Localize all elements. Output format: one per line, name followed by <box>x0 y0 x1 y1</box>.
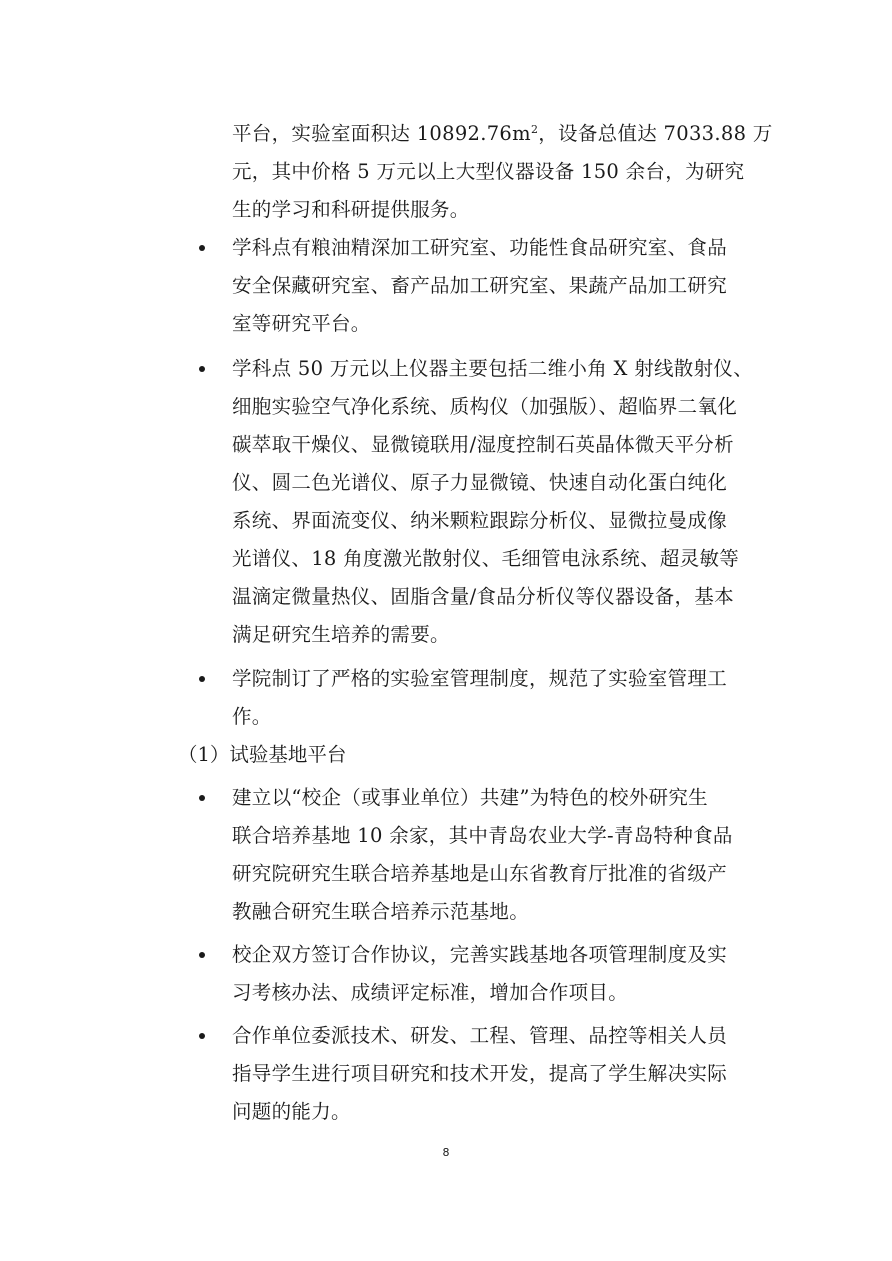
superscript: 2 <box>531 123 538 136</box>
bullet-line: 碳萃取干燥仪、显微镜联用/湿度控制石英晶体微天平分析 <box>232 433 734 457</box>
section-heading: （1）试验基地平台 <box>178 743 346 767</box>
bullet-icon <box>199 245 205 251</box>
bullet-line: 系统、界面流变仪、纳米颗粒跟踪分析仪、显微拉曼成像 <box>232 509 727 533</box>
bullet-line: 安全保藏研究室、畜产品加工研究室、果蔬产品加工研究 <box>232 274 727 298</box>
page-number: 8 <box>0 1146 892 1159</box>
bullet-line: 仪、圆二色光谱仪、原子力显微镜、快速自动化蛋白纯化 <box>232 471 727 495</box>
bullet-line: 研究院研究生联合培养基地是山东省教育厅批准的省级产 <box>232 862 727 886</box>
bullet-line: 温滴定微量热仪、固脂含量/食品分析仪等仪器设备，基本 <box>232 585 734 609</box>
bullet-icon <box>199 795 205 801</box>
paragraph-line: 生的学习和科研提供服务。 <box>232 198 470 222</box>
bullet-line: 光谱仪、18 角度激光散射仪、毛细管电泳系统、超灵敏等 <box>232 547 739 571</box>
paragraph-line: 平台，实验室面积达 10892.76m2，设备总值达 7033.88 万 <box>232 122 773 146</box>
bullet-line: 学科点 50 万元以上仪器主要包括二维小角 X 射线散射仪、 <box>232 357 753 381</box>
bullet-line: 满足研究生培养的需要。 <box>232 623 450 647</box>
bullet-icon <box>199 1033 205 1039</box>
bullet-line: 作。 <box>232 705 272 729</box>
bullet-line: 习考核办法、成绩评定标准，增加合作项目。 <box>232 981 628 1005</box>
bullet-line: 学院制订了严格的实验室管理制度，规范了实验室管理工 <box>232 667 727 691</box>
bullet-line: 建立以“校企（或事业单位）共建”为特色的校外研究生 <box>232 786 708 810</box>
bullet-line: 学科点有粮油精深加工研究室、功能性食品研究室、食品 <box>232 236 727 260</box>
bullet-line: 指导学生进行项目研究和技术开发，提高了学生解决实际 <box>232 1062 727 1086</box>
bullet-line: 细胞实验空气净化系统、质构仪（加强版）、超临界二氧化 <box>232 395 737 419</box>
bullet-line: 校企双方签订合作协议，完善实践基地各项管理制度及实 <box>232 943 727 967</box>
bullet-line: 室等研究平台。 <box>232 312 371 336</box>
bullet-icon <box>199 676 205 682</box>
bullet-line: 问题的能力。 <box>232 1100 351 1124</box>
bullet-line: 教融合研究生联合培养示范基地。 <box>232 900 529 924</box>
bullet-line: 联合培养基地 10 余家，其中青岛农业大学-青岛特种食品 <box>232 824 733 848</box>
paragraph-line: 元，其中价格 5 万元以上大型仪器设备 150 余台，为研究 <box>232 160 744 184</box>
bullet-icon <box>199 366 205 372</box>
document-page: 平台，实验室面积达 10892.76m2，设备总值达 7033.88 万 元，其… <box>0 0 892 1261</box>
bullet-line: 合作单位委派技术、研发、工程、管理、品控等相关人员 <box>232 1024 727 1048</box>
bullet-icon <box>199 952 205 958</box>
